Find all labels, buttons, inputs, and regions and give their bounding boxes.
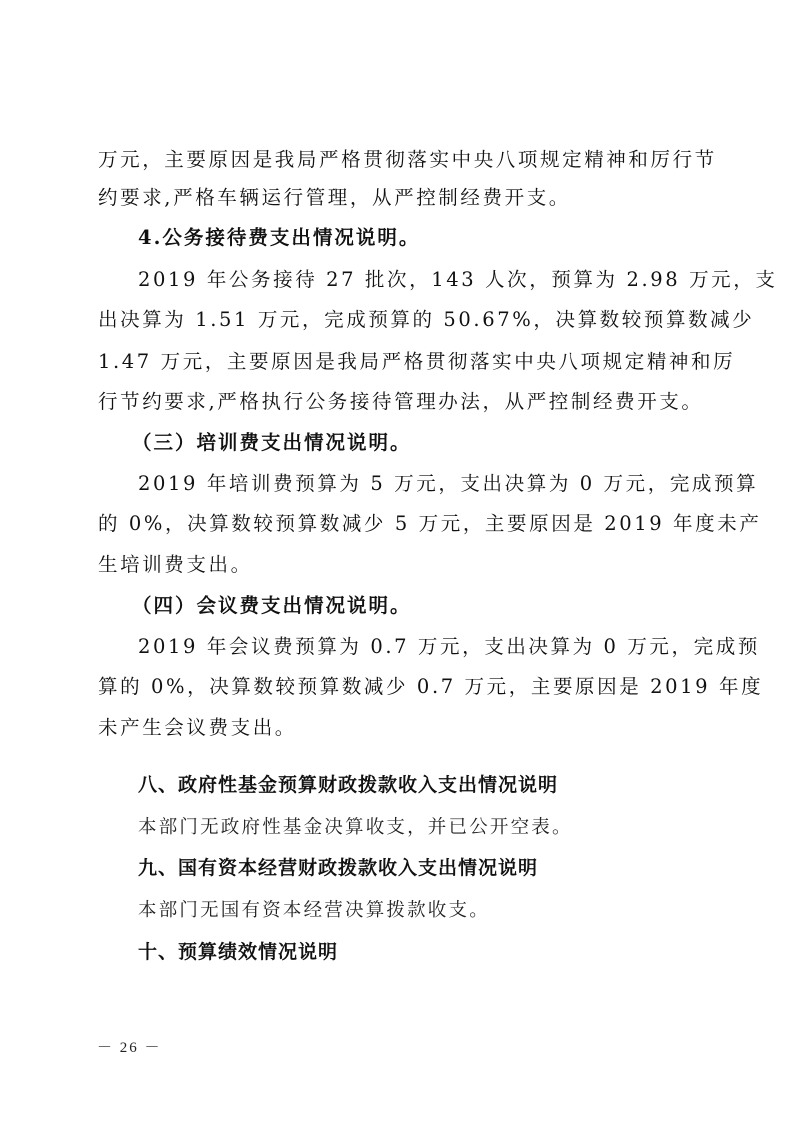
section-heading-performance: 十、预算绩效情况说明: [138, 940, 338, 964]
section-heading-gov-fund: 八、政府性基金预算财政拨款收入支出情况说明: [138, 773, 558, 797]
paragraph-line: 未产生会议费支出。: [98, 716, 297, 740]
section-heading-meeting: （四）会议费支出情况说明。: [132, 594, 412, 618]
paragraph-line: 的 0%，决算数较预算数减少 5 万元，主要原因是 2019 年度未产: [98, 512, 694, 536]
section-heading-reception: 4.公务接待费支出情况说明。: [138, 226, 420, 250]
section-heading-state-capital: 九、国有资本经营财政拨款收入支出情况说明: [138, 856, 538, 880]
paragraph-line: 1.47 万元，主要原因是我局严格贯彻落实中央八项规定精神和厉: [98, 350, 694, 374]
page-number: － 26 －: [97, 1036, 162, 1057]
paragraph-line: 生培训费支出。: [98, 553, 253, 577]
paragraph-line: 2019 年公务接待 27 批次，143 人次，预算为 2.98 万元，支: [138, 268, 694, 292]
section-heading-training: （三）培训费支出情况说明。: [132, 431, 412, 455]
paragraph-line: 出决算为 1.51 万元，完成预算的 50.67%，决算数较预算数减少: [98, 308, 694, 332]
paragraph-line: 约要求,严格车辆运行管理，从严控制经费开支。: [98, 186, 571, 210]
paragraph-line: 2019 年会议费预算为 0.7 万元，支出决算为 0 万元，完成预: [138, 635, 694, 659]
document-page: 万元，主要原因是我局严格贯彻落实中央八项规定精神和厉行节 约要求,严格车辆运行管…: [0, 0, 793, 1122]
paragraph-line: 本部门无国有资本经营决算拨款收支。: [138, 899, 490, 923]
paragraph-line: 万元，主要原因是我局严格贯彻落实中央八项规定精神和厉行节: [98, 148, 694, 172]
paragraph-line: 本部门无政府性基金决算收支，并已公开空表。: [138, 816, 573, 840]
paragraph-line: 算的 0%，决算数较预算数减少 0.7 万元，主要原因是 2019 年度: [98, 675, 694, 699]
paragraph-line: 行节约要求,严格执行公务接待管理办法，从严控制经费开支。: [98, 390, 704, 414]
paragraph-line: 2019 年培训费预算为 5 万元，支出决算为 0 万元，完成预算: [138, 472, 694, 496]
